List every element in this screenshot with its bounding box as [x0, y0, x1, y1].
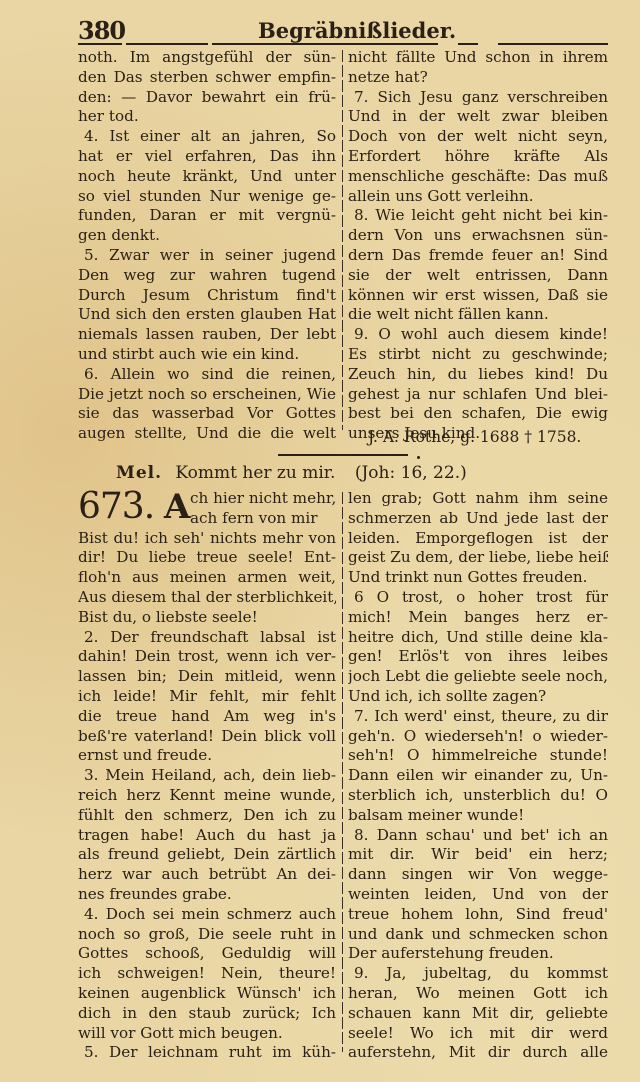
text-line: weinten leiden, Und von der — [348, 885, 608, 905]
scripture-reference: (Joh: 16, 22.) — [355, 463, 467, 483]
column-divider-top — [342, 50, 343, 430]
text-line: dann singen wir Von wegge- — [348, 865, 608, 885]
text-line: gehest ja nur schlafen Und blei- — [348, 385, 608, 405]
melody-label: Mel. — [116, 463, 162, 483]
text-line: reich herz Kennt meine wunde, — [78, 786, 336, 806]
text-line: tragen habe! Auch du hast ja — [78, 826, 336, 846]
text-line: Den weg zur wahren tugend — [78, 266, 336, 286]
text-line: ach fern von mir — [190, 509, 336, 529]
text-line: allein uns Gott verleihn. — [348, 187, 608, 207]
text-line: mit dir. Wir beid' ein herz; — [348, 845, 608, 865]
text-line: ernst und freude. — [78, 746, 336, 766]
text-line: 9. O wohl auch diesem kinde! — [348, 325, 608, 345]
text-line: Zeuch hin, du liebes kind! Du — [348, 365, 608, 385]
text-line: die welt nicht fällen kann. — [348, 305, 608, 325]
text-line: und dank und schmecken schon — [348, 925, 608, 945]
text-line: Bist du, o liebste seele! — [78, 608, 336, 628]
column-divider-bottom — [342, 492, 343, 1052]
text-line: herz war auch betrübt An dei- — [78, 865, 336, 885]
text-line: leiden. Emporgeflogen ist der — [348, 529, 608, 549]
text-line: her tod. — [78, 107, 336, 127]
text-line: Und ich, ich sollte zagen? — [348, 687, 608, 707]
running-title: Begräbnißlieder. — [258, 18, 456, 43]
header-rule — [78, 43, 608, 45]
text-line: will vor Gott mich beugen. — [78, 1024, 336, 1044]
text-line: nicht fällte Und schon in ihrem — [348, 48, 608, 68]
text-line: menschliche geschäfte: Das muß — [348, 167, 608, 187]
top-right-column: nicht fällte Und schon in ihremnetze hat… — [348, 48, 608, 444]
text-line: 8. Wie leicht geht nicht bei kin- — [348, 206, 608, 226]
bottom-left-column: Bist du! ich seh' nichts mehr vondir! Du… — [78, 529, 336, 1064]
text-line: Aus diesem thal der sterblichkeit, — [78, 588, 336, 608]
text-line: die treue hand Am weg in's — [78, 707, 336, 727]
text-line: Gottes schooß, Geduldig will — [78, 944, 336, 964]
text-line: 4. Ist einer alt an jahren, So — [78, 127, 336, 147]
hymn-first-lines: ch hier nicht mehr,ach fern von mir — [190, 489, 336, 529]
text-line: Und trinkt nun Gottes freuden. — [348, 568, 608, 588]
text-line: 6. Allein wo sind die reinen, — [78, 365, 336, 385]
text-line: joch Lebt die geliebte seele noch, — [348, 667, 608, 687]
text-line: 7. Ich werd' einst, theure, zu dir — [348, 707, 608, 727]
text-line: ich schweigen! Nein, theure! — [78, 964, 336, 984]
page-number: 380 — [78, 16, 125, 45]
text-line: Es stirbt nicht zu geschwinde; — [348, 345, 608, 365]
text-line: 9. Ja, jubeltag, du kommst — [348, 964, 608, 984]
text-line: fühlt den schmerz, Den ich zu — [78, 806, 336, 826]
text-line: balsam meiner wunde! — [348, 806, 608, 826]
text-line: sie das wasserbad Vor Gottes — [78, 404, 336, 424]
text-line: dern Das fremde feuer an! Sind — [348, 246, 608, 266]
text-line: dern Von uns erwachsnen sün- — [348, 226, 608, 246]
text-line: 3. Mein Heiland, ach, dein lieb- — [78, 766, 336, 786]
melody-line: Mel. Kommt her zu mir. (Joh: 16, 22.) — [116, 463, 467, 483]
text-line: dir! Du liebe treue seele! Ent- — [78, 548, 336, 568]
text-line: schauen kann Mit dir, geliebte — [348, 1004, 608, 1024]
separator-dot — [417, 456, 420, 459]
text-line: können wir erst wissen, Daß sie — [348, 286, 608, 306]
text-line: hat er viel erfahren, Das ihn — [78, 147, 336, 167]
text-line: niemals lassen rauben, Der lebt — [78, 325, 336, 345]
text-line: noth. Im angstgefühl der sün- — [78, 48, 336, 68]
text-line: 8. Dann schau' und bet' ich an — [348, 826, 608, 846]
text-line: Bist du! ich seh' nichts mehr von — [78, 529, 336, 549]
hymnal-page: 380 Begräbnißlieder. noth. Im angstgefüh… — [78, 0, 618, 1082]
text-line: beß're vaterland! Dein blick voll — [78, 727, 336, 747]
text-line: gen! Erlös't von ihres leibes — [348, 647, 608, 667]
text-line: Durch Jesum Christum find't — [78, 286, 336, 306]
text-line: Die jetzt noch so erscheinen, Wie — [78, 385, 336, 405]
text-line: Doch von der welt nicht seyn, — [348, 127, 608, 147]
text-line: best bei den schafen, Die ewig — [348, 404, 608, 424]
text-line: keinen augenblick Wünsch' ich — [78, 984, 336, 1004]
text-line: 5. Der leichnam ruht im küh- — [78, 1043, 336, 1063]
page-header: 380 Begräbnißlieder. — [78, 14, 618, 44]
bottom-right-column: len grab; Gott nahm ihm seineschmerzen a… — [348, 489, 608, 1063]
text-line: geh'n. O wiederseh'n! o wieder- — [348, 727, 608, 747]
text-line: treue hohem lohn, Sind freud' — [348, 905, 608, 925]
text-line: 2. Der freundschaft labsal ist — [78, 628, 336, 648]
text-line: und stirbt auch wie ein kind. — [78, 345, 336, 365]
text-line: netze hat? — [348, 68, 608, 88]
text-line: Und sich den ersten glauben Hat — [78, 305, 336, 325]
text-line: nes freundes grabe. — [78, 885, 336, 905]
section-separator — [278, 454, 408, 456]
text-line: geist Zu dem, der liebe, liebe heißt, — [348, 548, 608, 568]
text-line: sterblich ich, unsterblich du! O — [348, 786, 608, 806]
text-line: len grab; Gott nahm ihm seine — [348, 489, 608, 509]
melody-tune: Kommt her zu mir. — [175, 463, 335, 483]
text-line: noch so groß, Die seele ruht in — [78, 925, 336, 945]
text-line: Der auferstehung freuden. — [348, 944, 608, 964]
text-line: gen denkt. — [78, 226, 336, 246]
text-line: den Das sterben schwer empfin- — [78, 68, 336, 88]
text-line: mich! Mein banges herz er- — [348, 608, 608, 628]
text-line: heitre dich, Und stille deine kla- — [348, 628, 608, 648]
text-line: sie der welt entrissen, Dann — [348, 266, 608, 286]
text-line: 4. Doch sei mein schmerz auch — [78, 905, 336, 925]
text-line: ch hier nicht mehr, — [190, 489, 336, 509]
text-line: 7. Sich Jesu ganz verschreiben — [348, 88, 608, 108]
hymn-number: 673. — [78, 487, 154, 527]
text-line: als freund geliebt, Dein zärtlich — [78, 845, 336, 865]
text-line: auferstehn, Mit dir durch alle — [348, 1043, 608, 1063]
text-line: Erfordert höhre kräfte Als — [348, 147, 608, 167]
text-line: ich leide! Mir fehlt, mir fehlt — [78, 687, 336, 707]
text-line: heran, Wo meinen Gott ich — [348, 984, 608, 1004]
text-line: funden, Daran er mit vergnü- — [78, 206, 336, 226]
text-line: 5. Zwar wer in seiner jugend — [78, 246, 336, 266]
text-line: so viel stunden Nur wenige ge- — [78, 187, 336, 207]
text-line: dahin! Dein trost, wenn ich ver- — [78, 647, 336, 667]
text-line: dich in den staub zurück; Ich — [78, 1004, 336, 1024]
text-line: floh'n aus meinen armen weit, — [78, 568, 336, 588]
text-line: augen stellte, Und die die welt — [78, 424, 336, 444]
text-line: seele! Wo ich mit dir werd — [348, 1024, 608, 1044]
text-line: seh'n! O himmelreiche stunde! — [348, 746, 608, 766]
drop-cap: A — [164, 489, 190, 525]
text-line: lassen bin; Dein mitleid, wenn — [78, 667, 336, 687]
top-left-column: noth. Im angstgefühl der sün-den Das ste… — [78, 48, 336, 444]
text-line: Und in der welt zwar bleiben — [348, 107, 608, 127]
text-line: 6 O trost, o hoher trost für — [348, 588, 608, 608]
text-line: schmerzen ab Und jede last der — [348, 509, 608, 529]
text-line: den: — Davor bewahrt ein frü- — [78, 88, 336, 108]
author-attribution: J. A. Rothe, g. 1688 † 1758. — [368, 428, 581, 446]
text-line: Dann eilen wir einander zu, Un- — [348, 766, 608, 786]
text-line: noch heute kränkt, Und unter — [78, 167, 336, 187]
